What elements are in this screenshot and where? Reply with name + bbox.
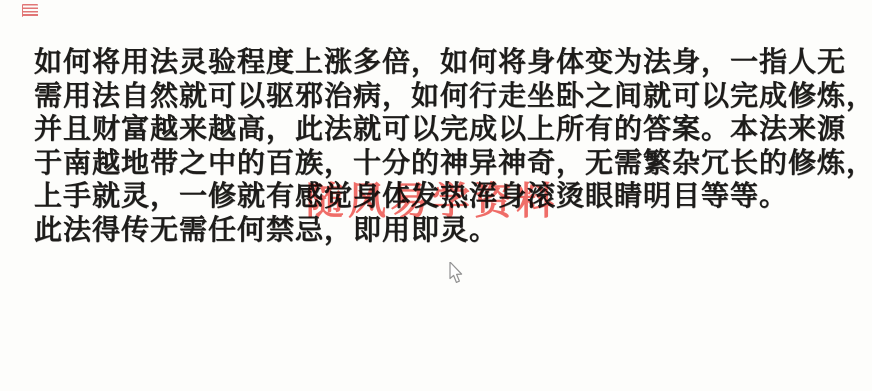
watermark-text: 随风易学资料	[306, 170, 558, 225]
corner-stamp-mark	[22, 4, 38, 17]
paragraph-line-2: 需用法自然就可以驱邪治病，如何行走坐卧之间就可以完成修炼，	[34, 80, 864, 114]
document-page: 如何将用法灵验程度上涨多倍，如何将身体变为法身，一指人无 需用法自然就可以驱邪治…	[0, 0, 872, 391]
mouse-pointer-icon	[449, 262, 466, 286]
paragraph-line-3: 并且财富越来越高，此法就可以完成以上所有的答案。本法来源	[34, 113, 864, 147]
paragraph-line-1: 如何将用法灵验程度上涨多倍，如何将身体变为法身，一指人无	[34, 46, 864, 80]
